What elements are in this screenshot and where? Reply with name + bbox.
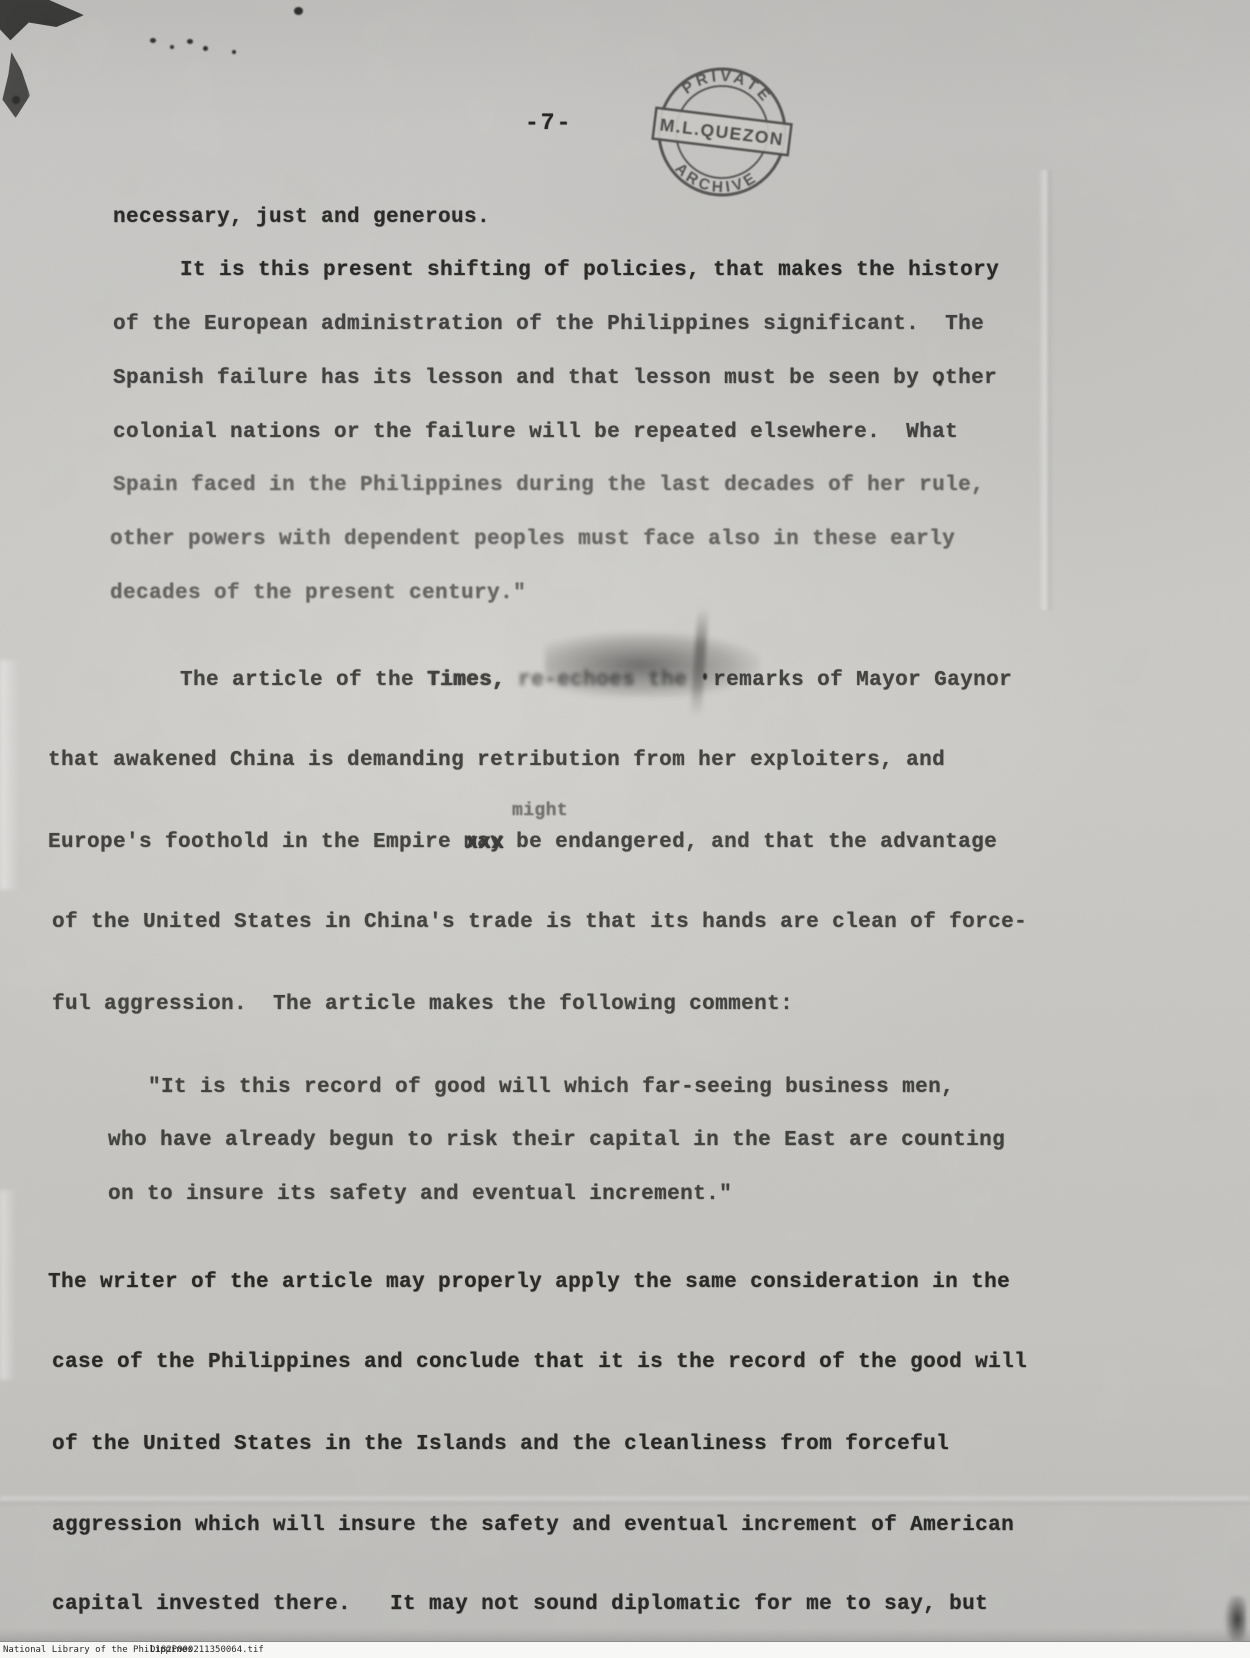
typewritten-line: The writer of the article may properly a… [48, 1270, 1010, 1296]
typewritten-line: of the European administration of the Ph… [113, 312, 984, 338]
ink-speck [170, 45, 174, 49]
strike-overtype: xxx [465, 831, 504, 857]
paper-fold-highlight [0, 1190, 16, 1380]
line-text: The article of the [180, 669, 427, 692]
footer-file-id: D182P000211350064.tif [150, 1645, 264, 1655]
typewritten-line: of the United States in the Islands and … [52, 1432, 949, 1458]
paper-crease [1038, 170, 1054, 610]
typewritten-line: ful aggression. The article makes the fo… [52, 992, 793, 1018]
ink-speck [12, 96, 20, 104]
line-text: Europe's foothold in the Empire [48, 831, 464, 854]
ink-speck [203, 46, 208, 51]
archive-stamp: PRIVATE ARCHIVE M.L.QUEZON [644, 54, 800, 210]
typewritten-line: aggression which will insure the safety … [52, 1513, 1014, 1539]
paper-noise-texture [0, 0, 1250, 1658]
ink-speck [150, 38, 156, 43]
scanned-document-page: -7- PRIVATE ARCHIVE M.L.QUEZON necessary… [0, 0, 1250, 1658]
ink-speck [294, 7, 303, 15]
typewritten-line: who have already begun to risk their cap… [108, 1128, 1005, 1154]
typewritten-line: other powers with dependent peoples must… [110, 527, 955, 553]
line-text: be endangered, and that the advantage [503, 831, 997, 854]
ink-smudge [545, 632, 760, 698]
interline-correction-word: might [512, 800, 568, 823]
typewritten-line: colonial nations or the failure will be … [113, 420, 958, 446]
scan-bottom-shade [0, 1628, 1250, 1642]
stamp-text-archive: ARCHIVE [669, 159, 763, 202]
typewritten-line: It is this present shifting of policies,… [180, 258, 999, 284]
ink-speck [232, 50, 236, 54]
ink-blot [0, 52, 30, 118]
typewritten-line: capital invested there. It may not sound… [52, 1592, 988, 1618]
typewritten-line: decades of the present century." [110, 581, 526, 607]
struck-out-word: mayxxx [464, 830, 503, 856]
paper-crease [0, 1494, 1250, 1506]
ink-speck [187, 39, 193, 44]
page-number: -7- [525, 110, 572, 136]
typewritten-line: Spanish failure has its lesson and that … [113, 366, 997, 392]
typewritten-line: on to insure its safety and eventual inc… [108, 1182, 732, 1208]
paper-fold-highlight [0, 660, 20, 890]
scan-footer-strip: National Library of the Philippines D182… [0, 1641, 1250, 1658]
typewritten-line: that awakened China is demanding retribu… [48, 748, 945, 774]
typewritten-line: case of the Philippines and conclude tha… [52, 1350, 1027, 1376]
emphasized-word-times: Times, [427, 669, 505, 692]
typewritten-line: Spain faced in the Philippines during th… [113, 473, 984, 499]
typewritten-line: "It is this record of good will which fa… [148, 1075, 954, 1101]
typewritten-line: necessary, just and generous. [113, 205, 490, 231]
typewritten-line-with-strikeout: Europe's foothold in the Empire mayxxx b… [48, 830, 997, 856]
typewritten-line: of the United States in China's trade is… [52, 910, 1027, 936]
